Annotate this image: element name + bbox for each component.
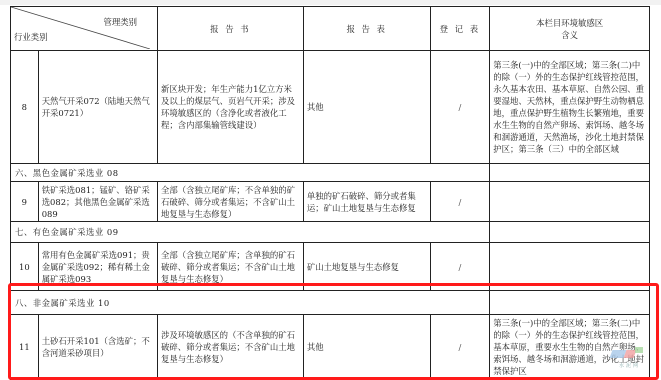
diagonal-header-cell: 管理类别 行业类别 <box>11 7 158 51</box>
sensitive-area-cell <box>490 182 650 222</box>
section-empty-cell <box>490 164 650 182</box>
report-form-cell: 矿山土地复垦与生态修复 <box>303 243 430 291</box>
section-title: 八、非金属矿采选业 10 <box>11 291 490 315</box>
section-empty-cell <box>490 291 650 315</box>
industry-category-label: 行业类别 <box>14 31 48 43</box>
registration-form-cell: / <box>430 182 490 222</box>
row-number: 9 <box>11 182 39 222</box>
row-number: 11 <box>11 315 39 380</box>
report-book-cell: 新区块开发；年生产能力1亿立方米及以上的煤层气、页岩气开采；涉及环境敏感区的（含… <box>157 51 303 164</box>
sensitive-area-cell <box>490 243 650 291</box>
report-form-cell: 单独的矿石破碎、筛分或者集运；矿山土地复垦与生态修复 <box>303 182 430 222</box>
industry-cell: 铁矿采选081；锰矿、铬矿采选082；其他黑色金属矿采选089 <box>38 182 157 222</box>
row-number: 10 <box>11 243 39 291</box>
sensitive-area-title: 本栏目环境敏感区 <box>493 17 646 29</box>
report-book-cell: 全部（含独立尾矿库；含单独的矿石破碎、筛分或者集运；不含矿山土地复垦与生态修复） <box>157 243 303 291</box>
section-empty-cell <box>490 222 650 243</box>
industry-cell: 常用有色金属矿采选091；贵金属矿采选092；稀有稀土金属矿采选093 <box>38 243 157 291</box>
report-form-cell: 其他 <box>303 51 430 164</box>
registration-form-cell: / <box>430 315 490 380</box>
registration-form-cell: / <box>430 243 490 291</box>
section-title: 七、有色金属矿采选业 09 <box>11 222 490 243</box>
page-top-strip <box>0 0 661 5</box>
table-row: 8 天然气开采072（陆地天然气开采0721） 新区块开发；年生产能力1亿立方米… <box>11 51 650 164</box>
section-header-row: 六、黑色金属矿采选业 08 <box>11 164 650 182</box>
table-row: 9 铁矿采选081；锰矿、铬矿采选082；其他黑色金属矿采选089 全部（含独立… <box>11 182 650 222</box>
eia-classification-table: 管理类别 行业类别 报 告 书 报 告 表 登 记 表 本栏目环境敏感区 含义 … <box>10 6 650 380</box>
sensitive-area-subtitle: 含义 <box>493 29 646 41</box>
watermark-text: 水泥网 <box>619 362 640 369</box>
section-header-row: 七、有色金属矿采选业 09 <box>11 222 650 243</box>
watermark-logo-icon: 水泥网 <box>611 350 647 372</box>
registration-form-cell: / <box>430 51 490 164</box>
row-number: 8 <box>11 51 39 164</box>
section-header-row: 八、非金属矿采选业 10 <box>11 291 650 315</box>
table-row: 11 土砂石开采101（含选矿；不含河道采砂项目） 涉及环境敏感区的（不含单独的… <box>11 315 650 380</box>
industry-cell: 土砂石开采101（含选矿；不含河道采砂项目） <box>38 315 157 380</box>
report-book-header: 报 告 书 <box>157 7 303 51</box>
report-form-header: 报 告 表 <box>303 7 430 51</box>
manage-category-label: 管理类别 <box>103 16 137 28</box>
table-row: 10 常用有色金属矿采选091；贵金属矿采选092；稀有稀土金属矿采选093 全… <box>11 243 650 291</box>
table-header-row: 管理类别 行业类别 报 告 书 报 告 表 登 记 表 本栏目环境敏感区 含义 <box>11 7 650 51</box>
industry-cell: 天然气开采072（陆地天然气开采0721） <box>38 51 157 164</box>
section-title: 六、黑色金属矿采选业 08 <box>11 164 490 182</box>
sensitive-area-header: 本栏目环境敏感区 含义 <box>490 7 650 51</box>
report-book-cell: 涉及环境敏感区的（不含单独的矿石破碎、筛分或者集运；不含矿山土地复垦与生态修复） <box>157 315 303 380</box>
registration-form-header: 登 记 表 <box>430 7 490 51</box>
sensitive-area-cell: 第三条(一)中的全部区域；第三条(二)中的除（一）外的生态保护红线管控范围，永久… <box>490 51 650 164</box>
report-book-cell: 全部（含独立尾矿库；不含单独的矿石破碎、筛分或者集运；不含矿山土地复垦与生态修复… <box>157 182 303 222</box>
report-form-cell: 其他 <box>303 315 430 380</box>
